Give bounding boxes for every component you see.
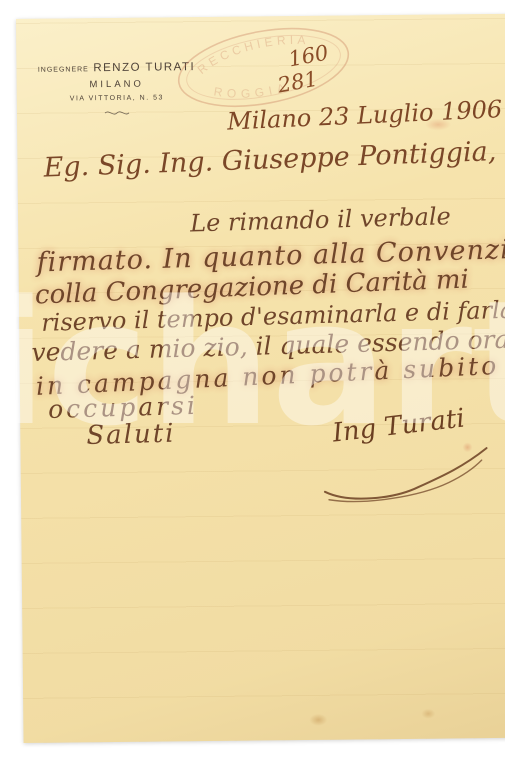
paper-stain [309,714,327,726]
letterhead-title: INGEGNERE [38,66,89,74]
scanned-letter-page: INGEGNERE RENZO TURATI MILANO VIA VITTOR… [0,0,505,760]
closing-saluti: Saluti [86,419,176,451]
salutation-line: Eg. Sig. Ing. Giuseppe Pontiggia, [43,136,497,184]
body-line: Le rimando il verbale [190,202,451,237]
paper-stain [421,709,435,719]
signature-flourish-icon [318,438,499,515]
paper-sheet: INGEGNERE RENZO TURATI MILANO VIA VITTOR… [16,13,505,743]
body-line: occuparsi [48,391,199,424]
signature-block: Ing Turati [318,408,505,510]
